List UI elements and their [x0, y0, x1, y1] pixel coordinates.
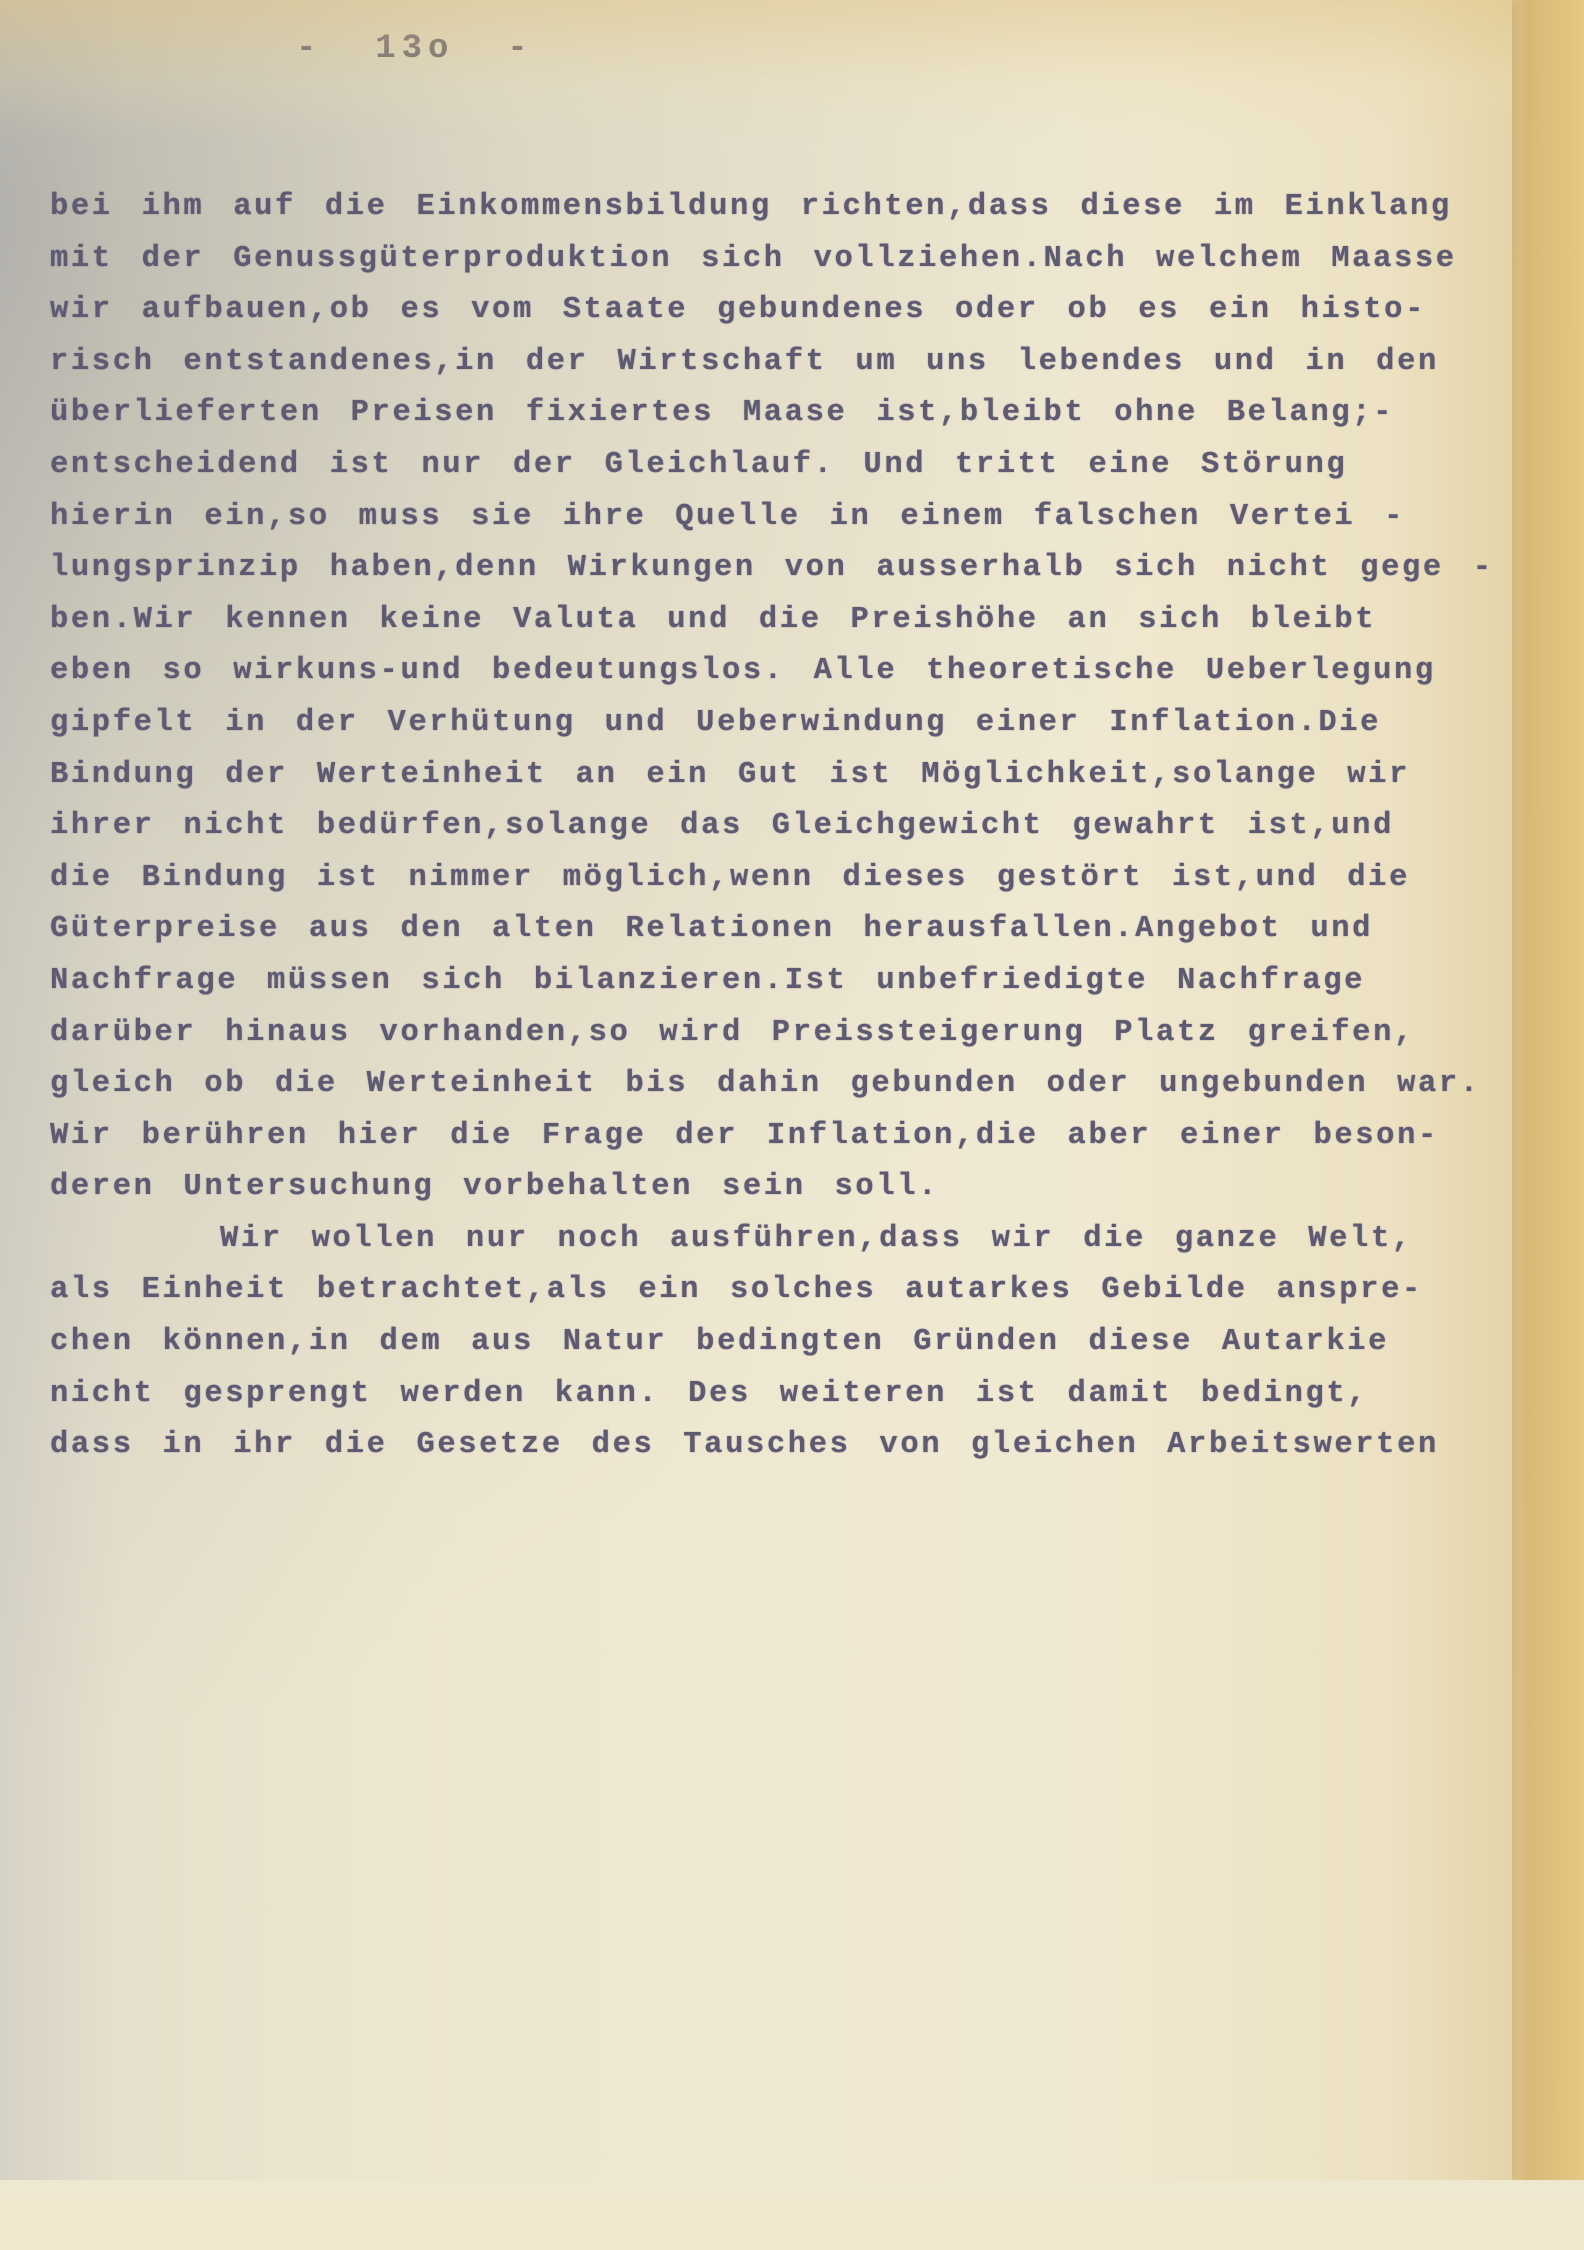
text-line: dass in ihr die Gesetze des Tausches von… — [50, 1420, 1530, 1472]
text-line: entscheidend ist nur der Gleichlauf. Und… — [50, 440, 1530, 492]
text-line: nicht gesprengt werden kann. Des weitere… — [50, 1369, 1530, 1421]
page-bottom-margin — [0, 2180, 1584, 2250]
text-line: lungsprinzip haben,denn Wirkungen von au… — [50, 543, 1530, 595]
text-line: deren Untersuchung vorbehalten sein soll… — [50, 1162, 1530, 1214]
text-line: risch entstandenes,in der Wirtschaft um … — [50, 337, 1530, 389]
text-line: darüber hinaus vorhanden,so wird Preisst… — [50, 1008, 1530, 1060]
paragraph-start-line: Wir wollen nur noch ausführen,dass wir d… — [50, 1214, 1530, 1266]
text-line: wir aufbauen,ob es vom Staate gebundenes… — [50, 285, 1530, 337]
text-line: bei ihm auf die Einkommensbildung richte… — [50, 182, 1530, 234]
text-line: Nachfrage müssen sich bilanzieren.Ist un… — [50, 956, 1530, 1008]
text-line: Bindung der Werteinheit an ein Gut ist M… — [50, 750, 1530, 802]
text-line: chen können,in dem aus Natur bedingten G… — [50, 1317, 1530, 1369]
text-line: als Einheit betrachtet,als ein solches a… — [50, 1265, 1530, 1317]
text-line: hierin ein,so muss sie ihre Quelle in ei… — [50, 492, 1530, 544]
text-line: ben.Wir kennen keine Valuta und die Prei… — [50, 595, 1530, 647]
text-line: gipfelt in der Verhütung und Ueberwindun… — [50, 698, 1530, 750]
text-line: gleich ob die Werteinheit bis dahin gebu… — [50, 1059, 1530, 1111]
text-line: eben so wirkuns-und bedeutungslos. Alle … — [50, 646, 1530, 698]
text-line: ihrer nicht bedürfen,solange das Gleichg… — [50, 801, 1530, 853]
body-text: bei ihm auf die Einkommensbildung richte… — [50, 182, 1530, 1472]
typewritten-page: - 13o - bei ihm auf die Einkommensbildun… — [0, 0, 1512, 2180]
text-line: überlieferten Preisen fixiertes Maase is… — [50, 388, 1530, 440]
text-line: Wir berühren hier die Frage der Inflatio… — [50, 1111, 1530, 1163]
text-line: die Bindung ist nimmer möglich,wenn dies… — [50, 853, 1530, 905]
page-number: - 13o - — [296, 30, 534, 68]
text-line: mit der Genussgüterproduktion sich vollz… — [50, 234, 1530, 286]
text-line: Güterpreise aus den alten Relationen her… — [50, 904, 1530, 956]
